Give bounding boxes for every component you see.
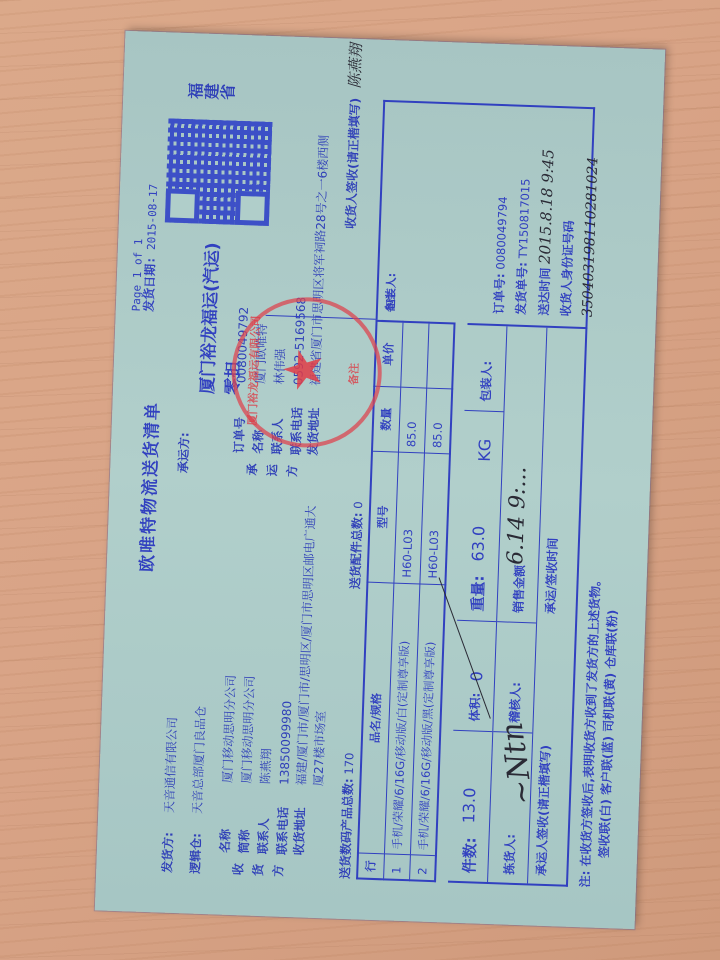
logistics-warehouse-value: 天音总部厦门良品仓 xyxy=(190,706,208,814)
shipper-value: 天音通信有限公司 xyxy=(162,717,179,813)
consignee-phone: 13850099980 xyxy=(277,701,294,785)
carrier-sign-time-label: 承运/签收时间 xyxy=(541,537,561,614)
receiver-id-label: 收货人身份证号码 xyxy=(559,220,576,316)
product-total: 170 xyxy=(342,752,357,774)
weight-unit: KG xyxy=(475,438,495,462)
delivery-no-label: 发货单号: xyxy=(514,262,530,315)
ship-date: 2015-08-17 xyxy=(145,184,160,251)
delivery-form: 欧唯特物流送货清单 Page 1 of 1 发货日期: 2015-08-17 福… xyxy=(95,31,665,929)
consignee-short-name: 厦门移动思明分公司 xyxy=(239,675,257,783)
consignee-block: 收货方 名称厦门移动思明分公司 简称厦门移动思明分公司 联系人陈燕翔 联系电话1… xyxy=(214,495,337,879)
receipt-block: 订单号: 0080049794 发货单号: TY150817015 送达时间 2… xyxy=(376,100,596,327)
picker-label: 拣货人: xyxy=(500,834,518,875)
product-total-label: 送货数码产品总数: xyxy=(338,778,356,879)
carrier-label: 承运方: xyxy=(176,432,191,473)
receipt-order-no-label: 订单号: xyxy=(492,273,507,314)
footer-note: 注: 在收货方签收后,表明收货方收到了发货方的上述货物。 签收联(白) 客户联(… xyxy=(576,574,623,889)
shipper-label: 发货方: xyxy=(160,832,175,873)
logistics-warehouse-label: 逻辑仓: xyxy=(188,833,203,874)
product-total-block: 送货数码产品总数: 170 xyxy=(336,752,357,879)
receiver-sign-label: 收货人签收(请正楷填写) xyxy=(344,98,363,229)
receipt-order-no: 0080049794 xyxy=(493,196,510,270)
page-info: Page 1 of 1 发货日期: 2015-08-17 xyxy=(130,183,160,312)
stamp-inner-text: 备注 xyxy=(343,303,364,445)
weight-label: 重量: xyxy=(466,575,488,612)
weight-value: 63.0 xyxy=(468,526,488,562)
receiver-name-handwritten: 陈燕翔 xyxy=(346,43,366,89)
packer-label-right: 包装人: xyxy=(382,273,399,311)
col-line: 行 xyxy=(357,853,384,879)
accessory-total-label: 送货配件总数: xyxy=(348,512,365,589)
carrier-label-block: 承运方: xyxy=(172,432,192,473)
carrier-side-label: 承运方 xyxy=(242,461,302,477)
consignee-name: 厦门移动思明分公司 xyxy=(220,675,238,783)
accessory-total-block: 送货配件总数: 0 xyxy=(346,501,366,589)
receiver-id-handwritten: 350403198110281024 xyxy=(580,157,602,318)
company-stamp: 厦门裕龙福运有限公司 ★ 备注 xyxy=(229,295,384,450)
delivery-no: TY150817015 xyxy=(516,178,533,258)
pieces-value: 13.0 xyxy=(459,787,479,823)
qr-code-icon xyxy=(165,118,273,226)
shipper-block: 发货方: 天音通信有限公司 xyxy=(156,717,180,873)
ship-date-label: 发货日期: xyxy=(142,256,158,312)
consignee-contact: 陈燕翔 xyxy=(258,748,273,784)
remark-columns xyxy=(266,96,384,320)
pieces-label: 件数: xyxy=(458,837,480,874)
logistics-warehouse-block: 逻辑仓: 天音总部厦门良品仓 xyxy=(184,706,209,874)
arrival-time-handwritten: 2015.8.18 9:45 xyxy=(536,149,558,264)
consignee-address-label: 收货地址 xyxy=(291,785,327,856)
province-label: 福建省 xyxy=(187,80,236,105)
consignee-side-label: 收货方 xyxy=(228,861,288,877)
sales-amount-label: 销售金额 xyxy=(509,565,528,614)
packer-label: 包装人: xyxy=(477,361,495,402)
form-title: 欧唯特物流送货清单 xyxy=(133,401,164,573)
star-icon: ★ xyxy=(277,346,331,394)
arrival-time-label: 送达时间 xyxy=(537,267,553,315)
accessory-total: 0 xyxy=(351,501,365,509)
checker-label: 稽核人: xyxy=(506,682,524,723)
carrier-date-handwritten: 6.14 9:... xyxy=(503,466,531,565)
